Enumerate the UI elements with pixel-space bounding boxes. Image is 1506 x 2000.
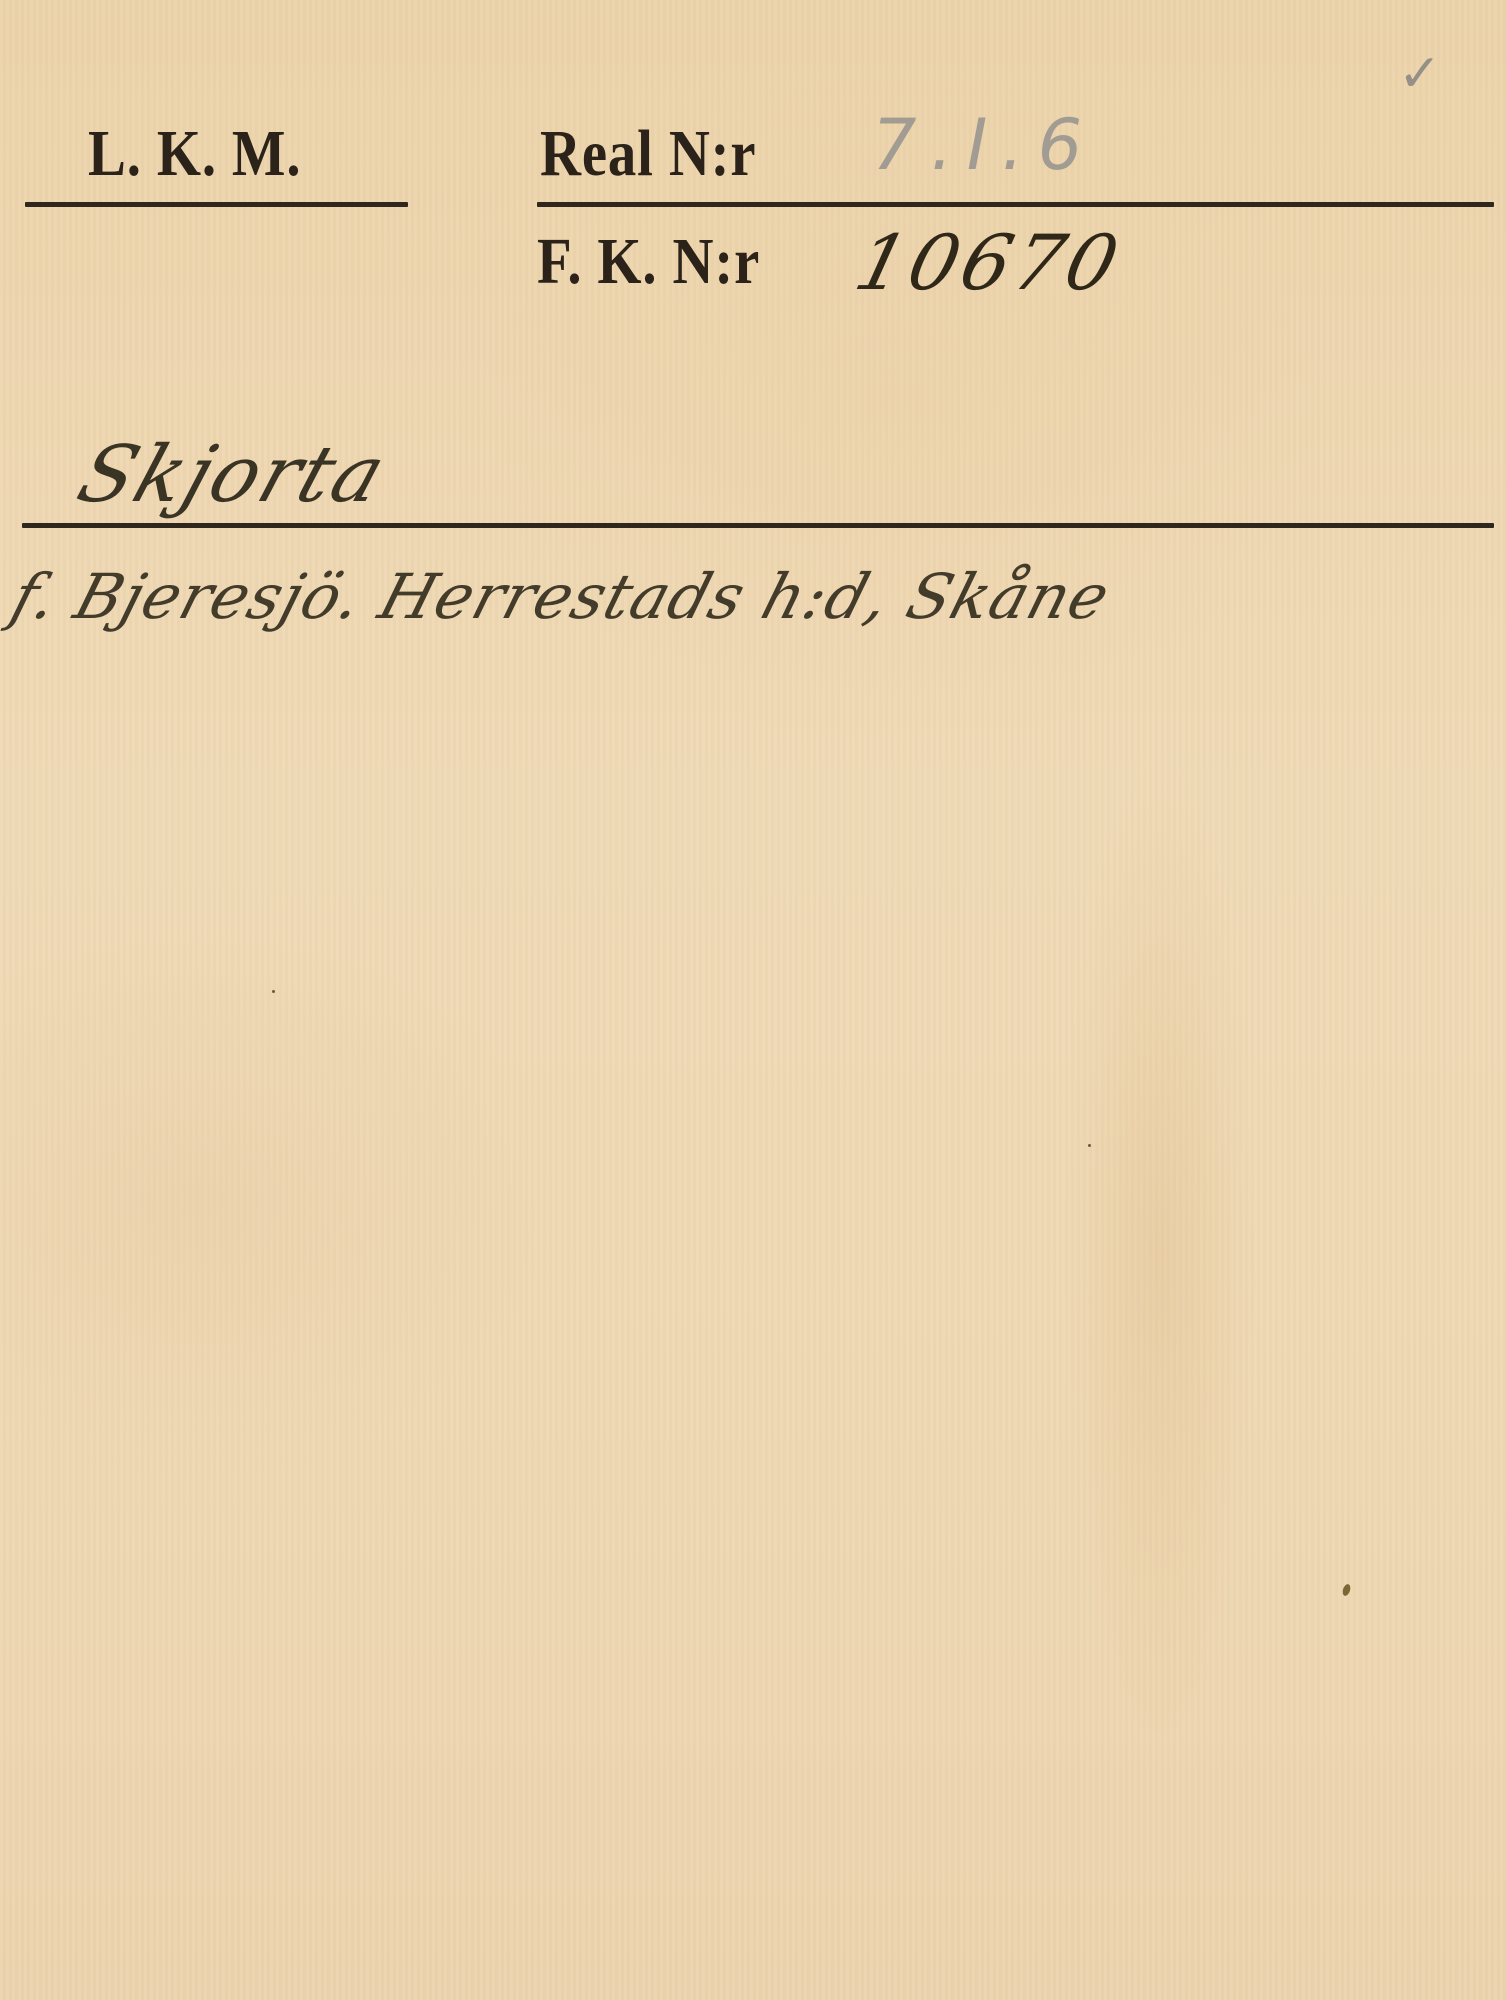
institution-underline bbox=[25, 202, 408, 207]
paper-speck bbox=[1088, 1144, 1091, 1147]
institution-abbrev: L. K. M. bbox=[88, 116, 301, 192]
real-number-label: Real N:r bbox=[540, 116, 756, 192]
paper-speck bbox=[272, 990, 275, 993]
fk-number-value: 10670 bbox=[847, 218, 1131, 307]
object-name-underline bbox=[22, 523, 1494, 528]
real-number-underline bbox=[537, 202, 1494, 207]
check-mark: ✓ bbox=[1398, 44, 1442, 104]
provenance-text: f. Bjeresjö. Herrestads h:d, Skåne bbox=[4, 560, 1119, 633]
real-number-value: 7.I.6 bbox=[872, 104, 1096, 186]
fk-number-label: F. K. N:r bbox=[537, 224, 760, 300]
index-card-paper bbox=[0, 0, 1506, 2000]
object-name: Skjorta bbox=[67, 430, 397, 520]
